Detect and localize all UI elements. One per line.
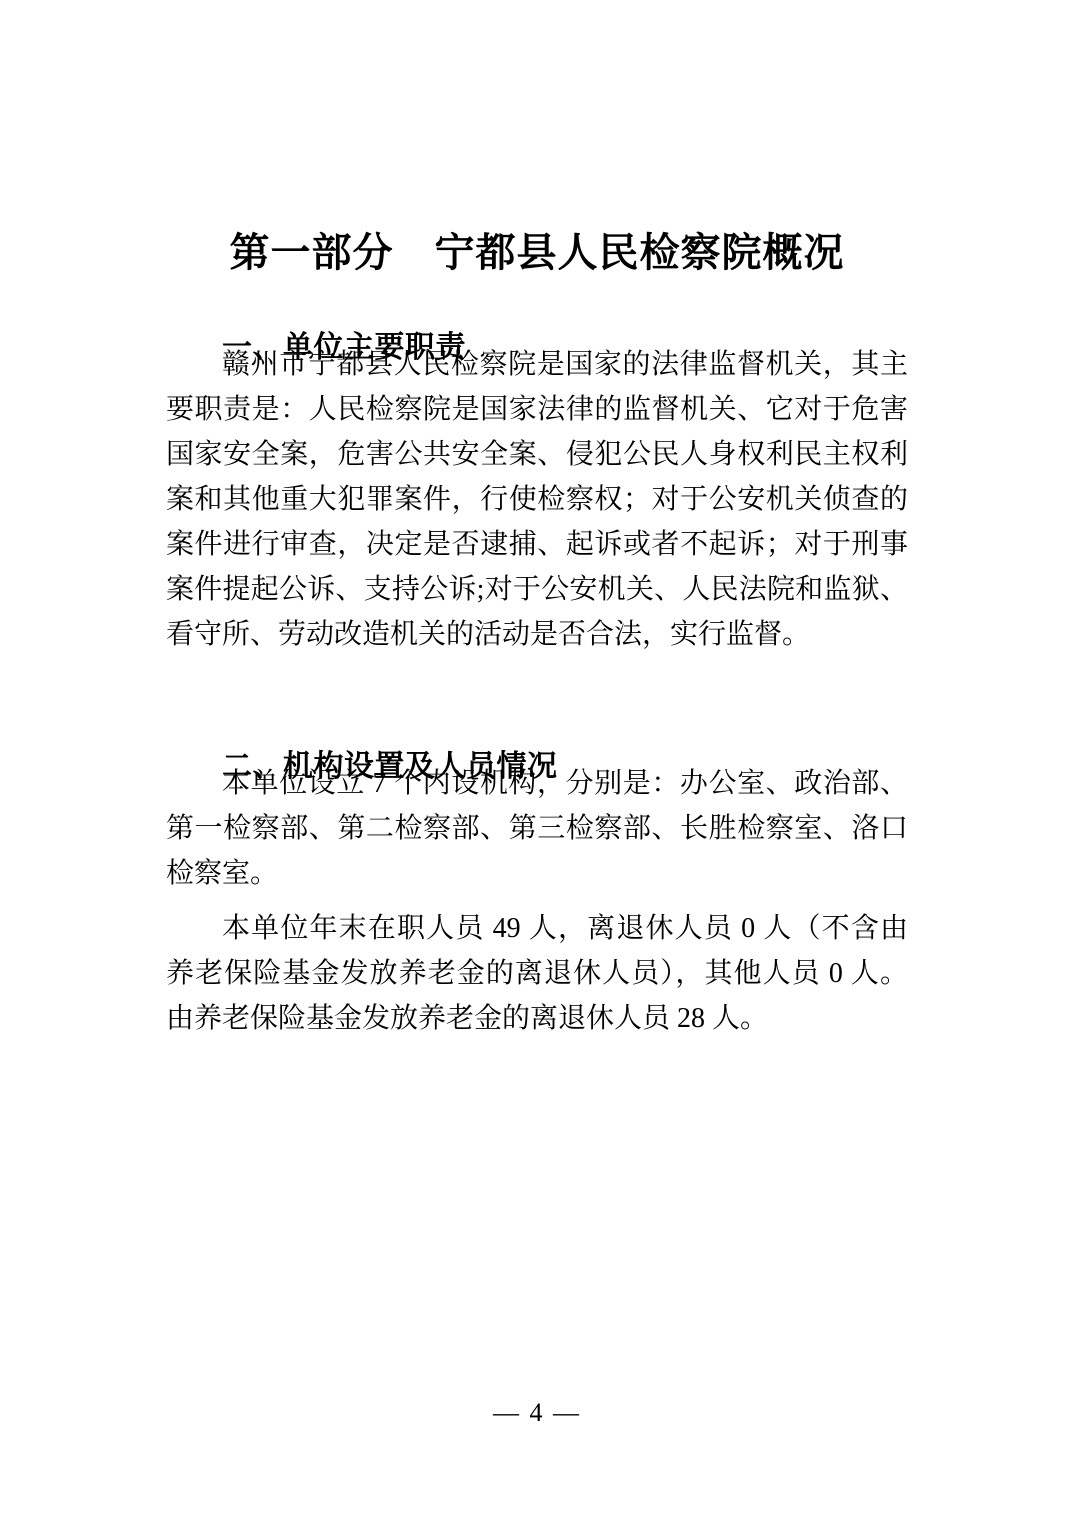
text-line: 看守所、劳动改造机关的活动是否合法，实行监督。 [166, 612, 908, 657]
section-2-paragraph-1: 本单位设立 7 个内设机构，分别是：办公室、政治部、第一检察部、第二检察部、第三… [166, 761, 908, 896]
text-line: 养老保险基金发放养老金的离退休人员），其他人员 0 人。 [166, 951, 908, 996]
text-line: 由养老保险基金发放养老金的离退休人员 28 人。 [166, 996, 908, 1041]
text-line: 案和其他重大犯罪案件，行使检察权；对于公安机关侦查的 [166, 477, 908, 522]
page-number: — 4 — [0, 1398, 1074, 1428]
section-2-paragraph-2: 本单位年末在职人员 49 人，离退休人员 0 人（不含由养老保险基金发放养老金的… [166, 906, 908, 1041]
document-page: 第一部分 宁都县人民检察院概况 一、单位主要职责 赣州市宁都县人民检察院是国家的… [0, 0, 1074, 1520]
text-line: 案件提起公诉、支持公诉;对于公安机关、人民法院和监狱、 [166, 567, 908, 612]
page-title: 第一部分 宁都县人民检察院概况 [0, 221, 1074, 278]
text-line: 赣州市宁都县人民检察院是国家的法律监督机关，其主 [166, 342, 908, 387]
text-line: 要职责是：人民检察院是国家法律的监督机关、它对于危害 [166, 387, 908, 432]
text-line: 第一检察部、第二检察部、第三检察部、长胜检察室、洛口 [166, 806, 908, 851]
text-line: 国家安全案，危害公共安全案、侵犯公民人身权利民主权利 [166, 432, 908, 477]
section-1-paragraph-1: 赣州市宁都县人民检察院是国家的法律监督机关，其主要职责是：人民检察院是国家法律的… [166, 342, 908, 657]
text-line: 本单位设立 7 个内设机构，分别是：办公室、政治部、 [166, 761, 908, 806]
text-line: 案件进行审查，决定是否逮捕、起诉或者不起诉；对于刑事 [166, 522, 908, 567]
text-line: 检察室。 [166, 851, 908, 896]
text-line: 本单位年末在职人员 49 人，离退休人员 0 人（不含由 [166, 906, 908, 951]
